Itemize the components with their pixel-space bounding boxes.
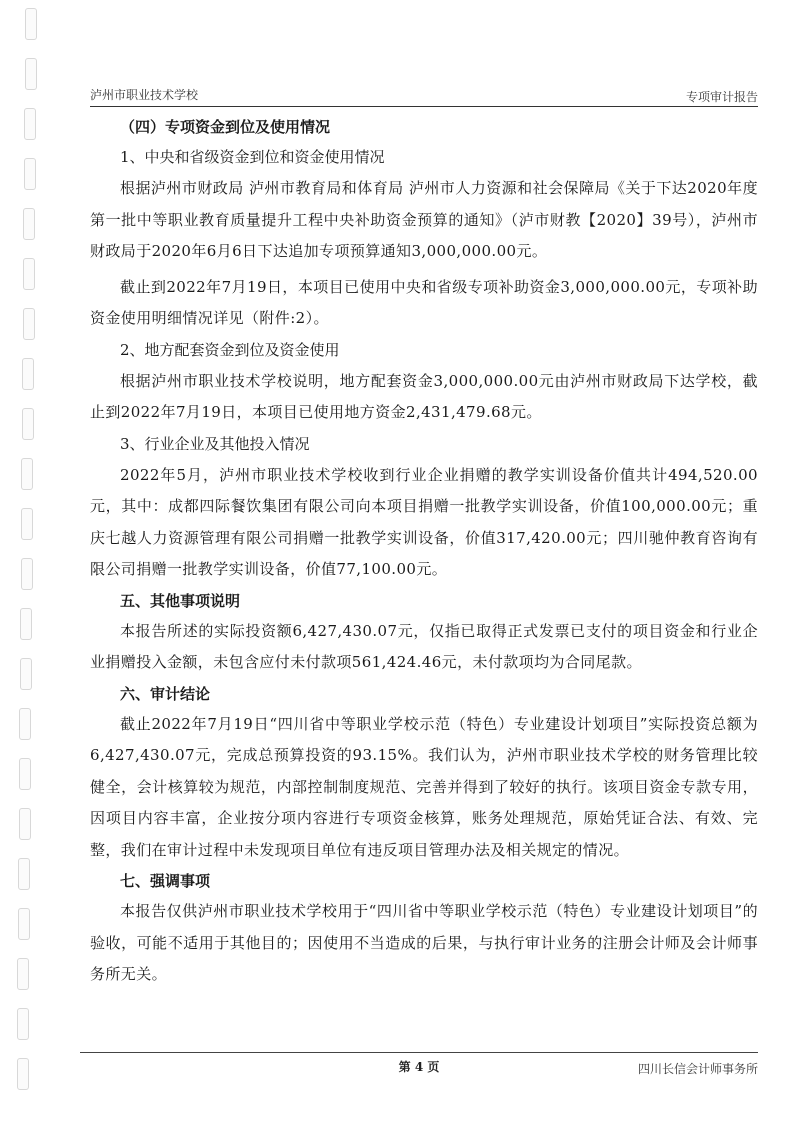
section-5-heading: 五、其他事项说明 (90, 586, 758, 616)
binding-hole-mark (18, 908, 30, 940)
binding-hole-mark (25, 58, 37, 90)
binding-hole-mark (25, 8, 37, 40)
binding-hole-mark (23, 208, 35, 240)
header-divider (90, 106, 758, 107)
paragraph-7-1: 本报告仅供泸州市职业技术学校用于“四川省中等职业学校示范（特色）专业建设计划项目… (90, 896, 758, 991)
binding-hole-mark (22, 358, 34, 390)
binding-hole-mark (20, 608, 32, 640)
paragraph-6-1: 截止2022年7月19日“四川省中等职业学校示范（特色）专业建设计划项目”实际投… (90, 709, 758, 867)
binding-hole-mark (17, 1058, 29, 1090)
subsection-4-1-heading: 1、中央和省级资金到位和资金使用情况 (90, 142, 758, 173)
paragraph-4-2-1: 根据泸州市职业技术学校说明，地方配套资金3,000,000.00元由泸州市财政局… (90, 366, 758, 429)
binding-hole-mark (21, 508, 33, 540)
binding-hole-mark (24, 108, 36, 140)
section-6-heading: 六、审计结论 (90, 679, 758, 709)
binding-hole-mark (24, 158, 36, 190)
binding-hole-mark (19, 708, 31, 740)
subsection-4-2-heading: 2、地方配套资金到位及资金使用 (90, 335, 758, 366)
binding-hole-mark (19, 758, 31, 790)
binding-hole-mark (20, 658, 32, 690)
footer-firm-name: 四川长信会计师事务所 (638, 1060, 758, 1077)
header-report-type: 专项审计报告 (686, 88, 758, 105)
binding-hole-mark (18, 858, 30, 890)
paragraph-5-1: 本报告所述的实际投资额6,427,430.07元，仅指已取得正式发票已支付的项目… (90, 616, 758, 679)
binding-hole-mark (23, 308, 35, 340)
footer-divider (80, 1052, 758, 1053)
document-body: （四）专项资金到位及使用情况 1、中央和省级资金到位和资金使用情况 根据泸州市财… (90, 112, 758, 991)
paragraph-4-1-2: 截止到2022年7月19日，本项目已使用中央和省级专项补助资金3,000,000… (90, 272, 758, 335)
binding-hole-mark (21, 558, 33, 590)
binding-hole-mark (22, 408, 34, 440)
binding-hole-mark (21, 458, 33, 490)
binding-hole-mark (17, 1008, 29, 1040)
binding-holes (0, 0, 40, 1122)
binding-hole-mark (19, 808, 31, 840)
section-7-heading: 七、强调事项 (90, 866, 758, 896)
paragraph-4-3-1: 2022年5月，泸州市职业技术学校收到行业企业捐赠的教学实训设备价值共计494,… (90, 460, 758, 586)
binding-hole-mark (23, 258, 35, 290)
section-4-heading: （四）专项资金到位及使用情况 (90, 112, 758, 142)
binding-hole-mark (17, 958, 29, 990)
header-school-name: 泸州市职业技术学校 (90, 86, 198, 103)
subsection-4-3-heading: 3、行业企业及其他投入情况 (90, 429, 758, 460)
page-footer: 第 4 页 四川长信会计师事务所 (80, 1058, 758, 1078)
paragraph-4-1-1: 根据泸州市财政局 泸州市教育局和体育局 泸州市人力资源和社会保障局《关于下达20… (90, 173, 758, 268)
page-header: 泸州市职业技术学校 专项审计报告 (90, 86, 758, 106)
